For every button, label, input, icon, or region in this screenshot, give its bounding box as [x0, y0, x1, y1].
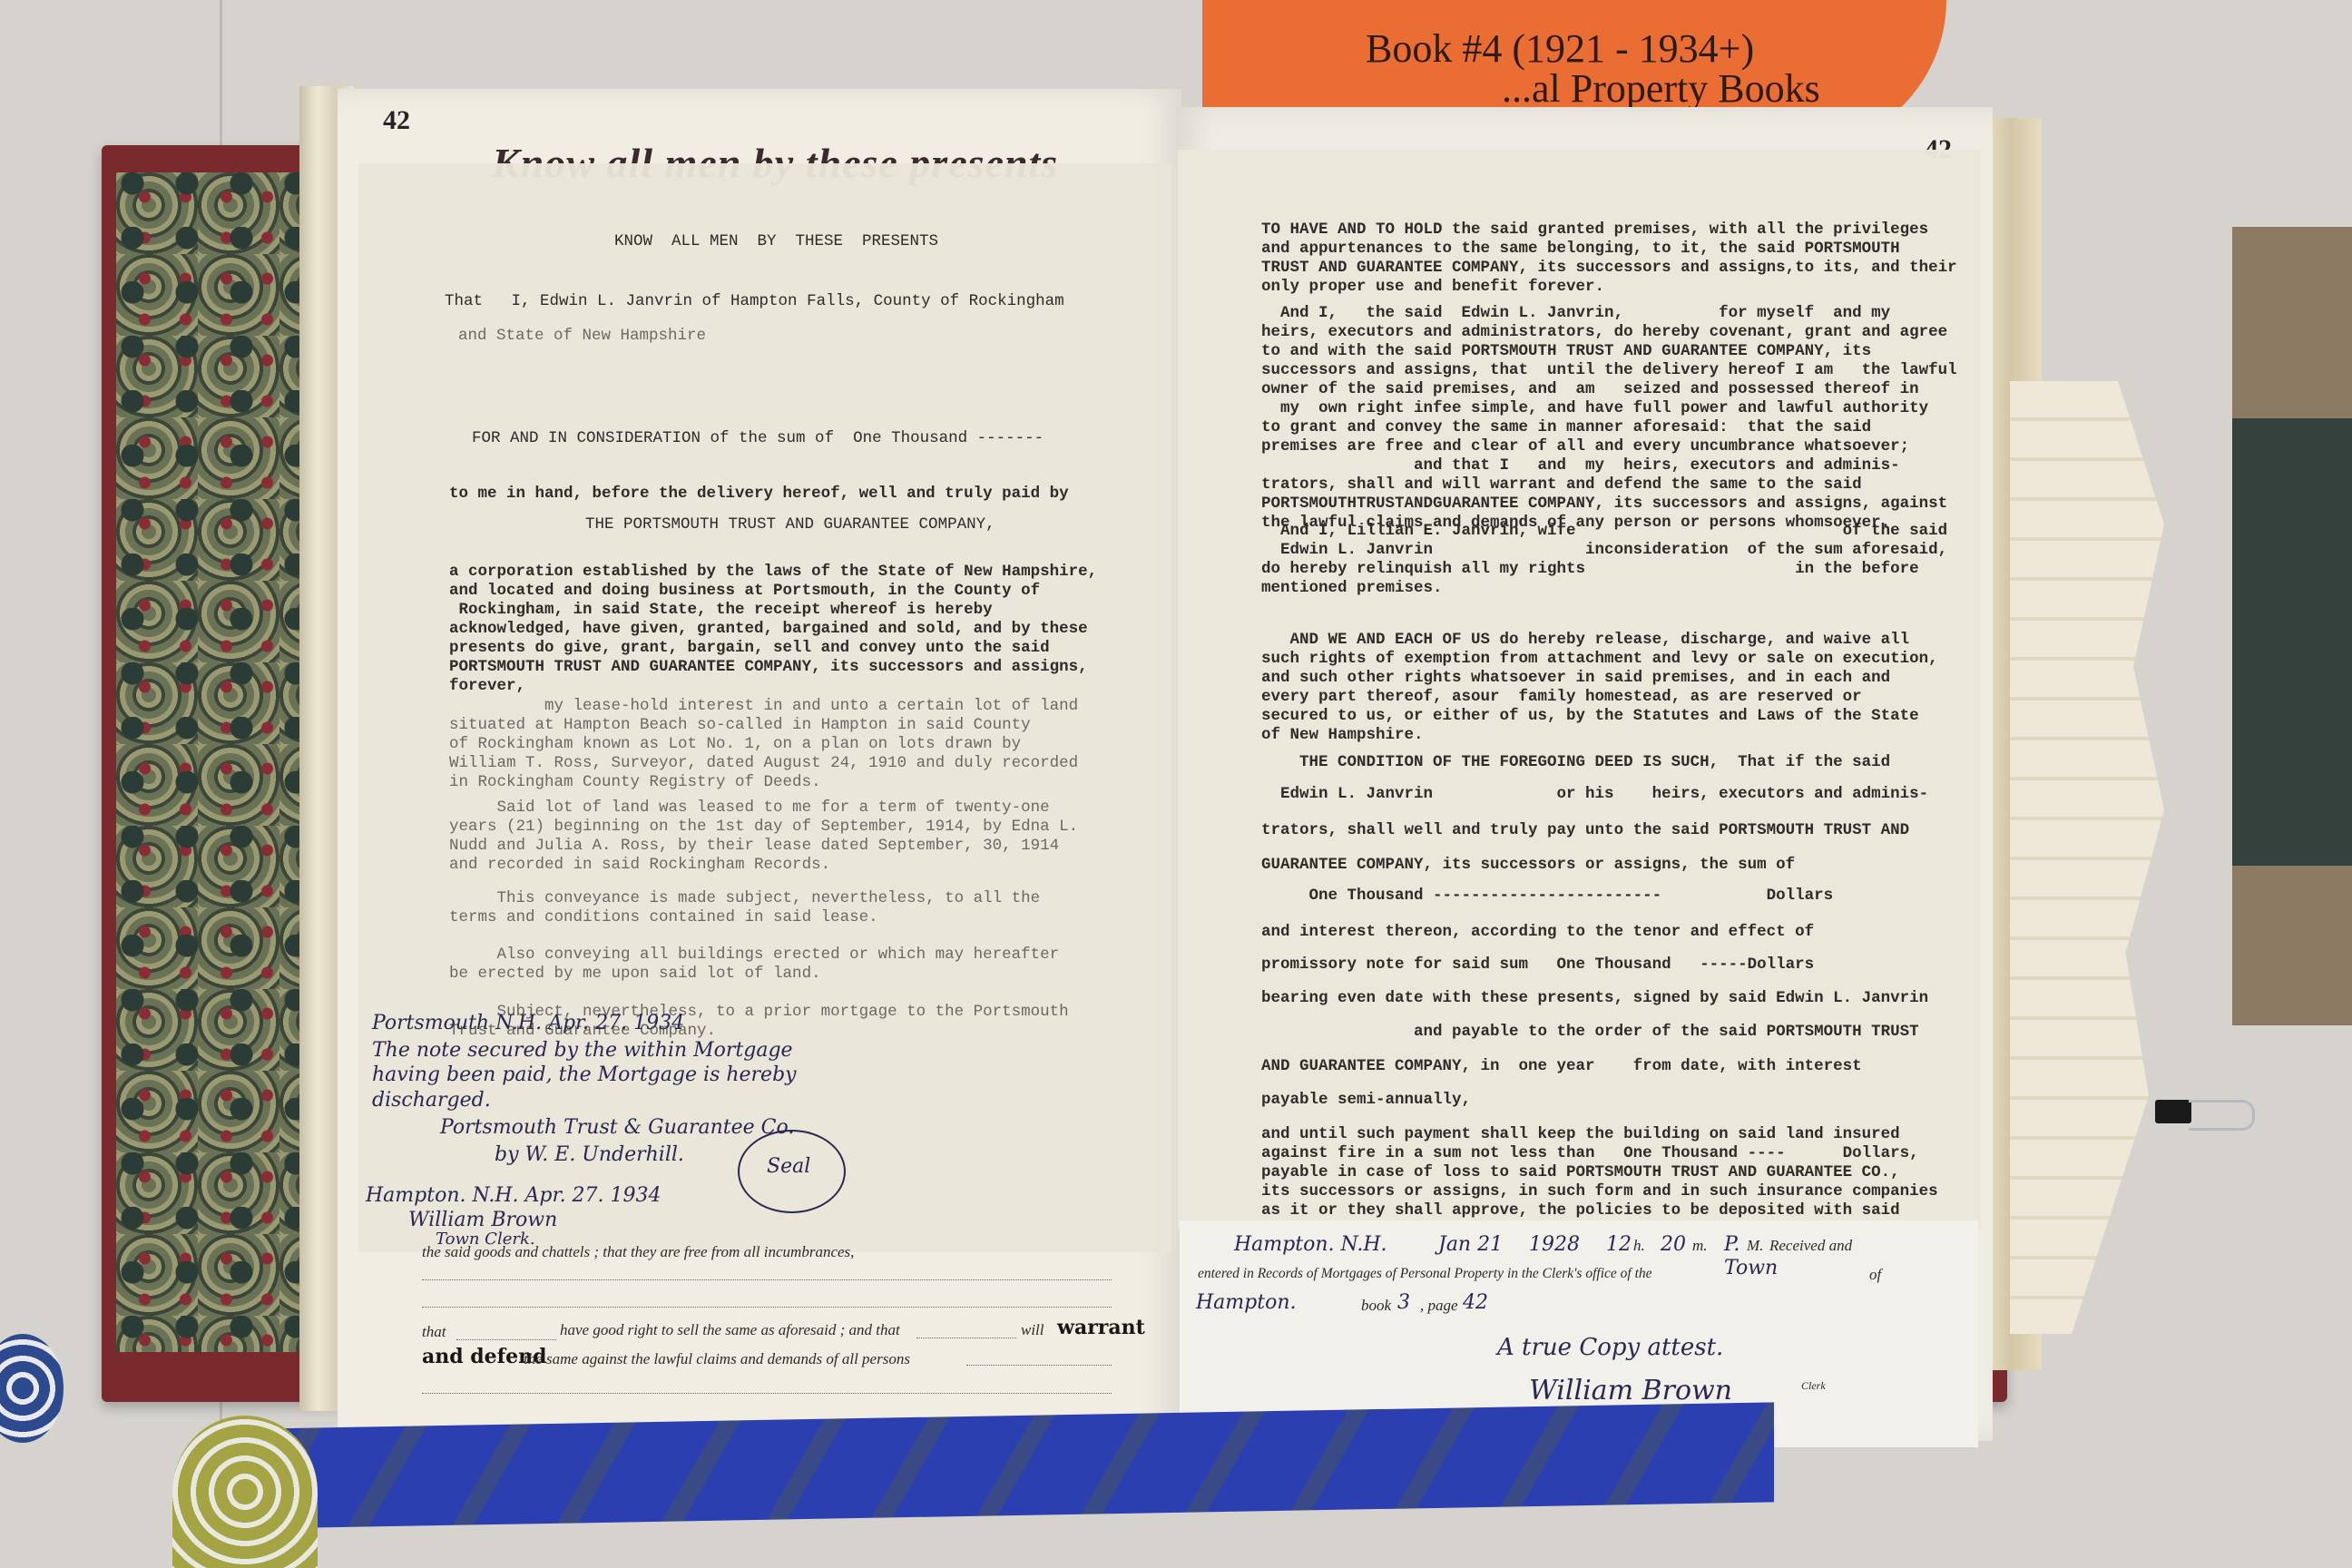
discharge-note-line3: discharged.: [372, 1089, 491, 1112]
page-number-left: 42: [383, 105, 410, 136]
form-incumbrances-line: the said goods and chattels ; that they …: [422, 1243, 854, 1261]
book-label: book: [1361, 1297, 1391, 1315]
marbled-endpaper: [116, 172, 325, 1352]
binder-clip: [2155, 1100, 2191, 1123]
recorded-minutes: 20: [1661, 1233, 1686, 1256]
hour-label: h.: [1633, 1237, 1645, 1255]
seal-circle: Seal: [738, 1130, 846, 1213]
covenant-paragraph: And I, the said Edwin L. Janvrin, for my…: [1261, 304, 1957, 533]
consideration-line: FOR AND IN CONSIDERATION of the sum of O…: [472, 429, 1044, 448]
adjacent-box: [2232, 227, 2352, 1025]
book-label-subtitle: ...al Property Books: [1502, 65, 1820, 112]
grantor-state-line: and State of New Hampshire: [458, 327, 706, 346]
seal-text: Seal: [767, 1155, 810, 1178]
conveyance-paragraph: a corporation established by the laws of…: [449, 563, 1097, 696]
semi-annual-line: payable semi-annually,: [1261, 1091, 1471, 1110]
clerk-label: Clerk: [1801, 1379, 1826, 1393]
page-label: , page: [1420, 1297, 1458, 1315]
insurance-paragraph: and until such payment shall keep the bu…: [1261, 1125, 1938, 1220]
printed-form-left: the said goods and chattels ; that they …: [422, 1243, 1112, 1406]
condition-heading: THE CONDITION OF THE FOREGOING DEED IS S…: [1261, 753, 1890, 772]
recorded-date: Jan 21: [1438, 1233, 1503, 1256]
true-copy-attest: A true Copy attest.: [1497, 1334, 1723, 1361]
book-number: 3: [1397, 1291, 1410, 1314]
clerk-signature: William Brown: [408, 1209, 557, 1231]
subject-paragraph: This conveyance is made subject, neverth…: [449, 889, 1040, 927]
interest-line: and interest thereon, according to the t…: [1261, 923, 1814, 942]
recorded-hour: 12: [1606, 1233, 1632, 1256]
discharge-company: Portsmouth Trust & Guarantee Co.: [440, 1116, 794, 1139]
decorative-disc: [0, 1334, 64, 1443]
grantor-line: That I, Edwin L. Janvrin of Hampton Fall…: [445, 292, 1064, 311]
buildings-paragraph: Also conveying all buildings erected or …: [449, 946, 1059, 984]
signed-by-line: bearing even date with these presents, s…: [1261, 989, 1928, 1008]
sum-line: One Thousand ------------------------ Do…: [1261, 887, 1833, 906]
homestead-paragraph: AND WE AND EACH OF US do hereby release,…: [1261, 631, 1938, 745]
received-label: Received and: [1769, 1237, 1852, 1255]
meridiem-label: M.: [1747, 1237, 1763, 1255]
condition-line4: GUARANTEE COMPANY, its successors or ass…: [1261, 856, 1795, 875]
habendum-paragraph: TO HAVE AND TO HOLD the said granted pre…: [1261, 220, 1957, 297]
decorative-clip: [172, 1416, 318, 1568]
form-good-right-line: have good right to sell the same as afor…: [560, 1321, 900, 1339]
form-will-label: will: [1021, 1321, 1044, 1339]
tissue-copy-left: KNOW ALL MEN BY THESE PRESENTS That I, E…: [358, 163, 1171, 1252]
entered-records-label: entered in Records of Mortgages of Perso…: [1198, 1266, 1652, 1282]
deed-heading: KNOW ALL MEN BY THESE PRESENTS: [614, 232, 938, 251]
promissory-note-line: promissory note for said sum One Thousan…: [1261, 955, 1814, 975]
clerk-place-date: Hampton. N.H. Apr. 27. 1934: [366, 1184, 661, 1207]
discharge-note-line2: having been paid, the Mortgage is hereby: [372, 1063, 797, 1086]
term-line: AND GUARANTEE COMPANY, in one year from …: [1261, 1057, 1862, 1076]
binder-clip-handle: [2189, 1100, 2255, 1131]
minute-label: m.: [1692, 1237, 1708, 1255]
discharge-signer: by W. E. Underhill.: [495, 1143, 684, 1166]
condition-line3: trators, shall well and truly pay unto t…: [1261, 821, 1909, 840]
leasehold-paragraph: my lease-hold interest in and unto a cer…: [449, 697, 1078, 792]
paid-line: to me in hand, before the delivery hereo…: [449, 485, 1069, 504]
recorded-ampm: P.: [1724, 1233, 1739, 1256]
grantee-line: THE PORTSMOUTH TRUST AND GUARANTEE COMPA…: [585, 515, 995, 534]
discharge-note-line1: The note secured by the within Mortgage: [372, 1039, 793, 1062]
page-number-recorded: 42: [1463, 1291, 1488, 1314]
clerk-signature-right: William Brown: [1529, 1375, 1732, 1406]
payable-to-line: and payable to the order of the said POR…: [1261, 1023, 1919, 1042]
form-warrant-label: warrant: [1057, 1316, 1145, 1339]
form-that-label: that: [422, 1323, 446, 1341]
recorded-place: Hampton. N.H.: [1234, 1233, 1387, 1256]
lease-term-paragraph: Said lot of land was leased to me for a …: [449, 799, 1078, 875]
wife-release-paragraph: And I, Lillian E. Janvrin, wife of the s…: [1261, 522, 1947, 598]
torn-handwritten-pages: [2010, 381, 2164, 1334]
recorded-town: Hampton.: [1196, 1291, 1297, 1314]
tissue-copy-right: TO HAVE AND TO HOLD the said granted pre…: [1178, 150, 1981, 1230]
office-type: Town: [1724, 1257, 1778, 1279]
form-lawful-claims-line: the same against the lawful claims and d…: [524, 1350, 910, 1368]
of-label: of: [1869, 1266, 1881, 1284]
recorded-year: 1928: [1529, 1233, 1580, 1256]
condition-line2: Edwin L. Janvrin or his heirs, executors…: [1261, 785, 1928, 804]
discharge-place-date: Portsmouth N.H. Apr. 27. 1934: [372, 1012, 684, 1034]
